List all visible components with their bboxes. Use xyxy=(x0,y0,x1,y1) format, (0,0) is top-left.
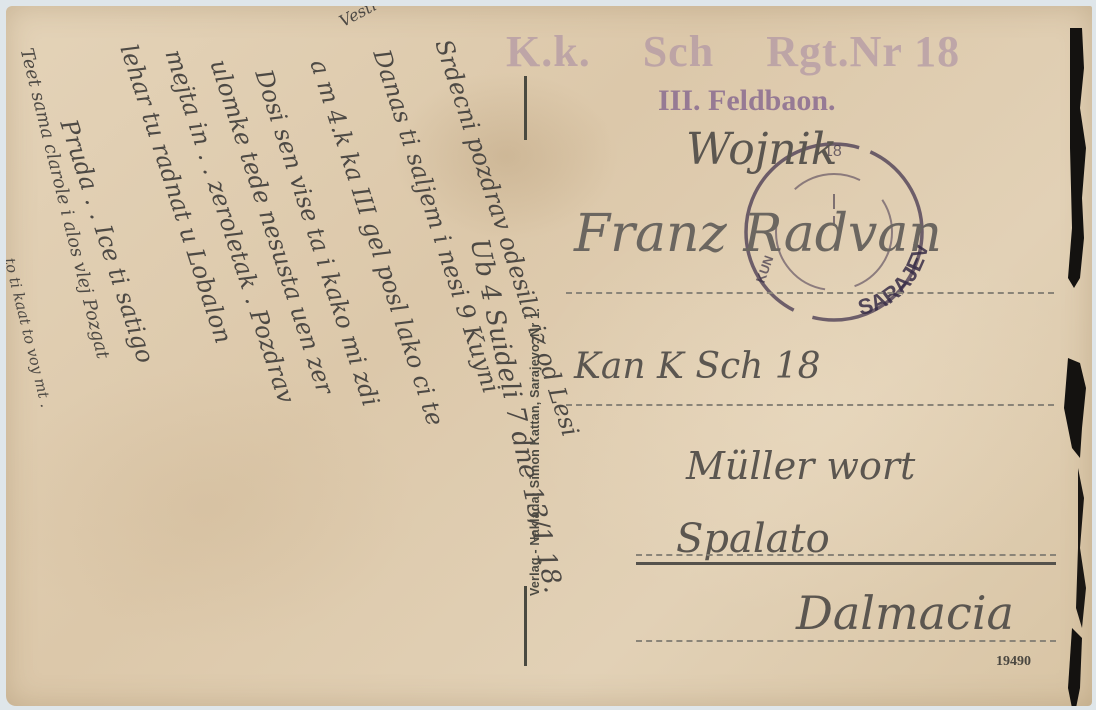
address-dotted-line xyxy=(566,404,1054,406)
unit-stamp-kk: K.k. xyxy=(506,27,591,76)
message-line: to ti kaat to voy mt . xyxy=(6,256,55,409)
burnt-edge-mark xyxy=(1060,28,1090,706)
address-line-3: Kan K Sch 18 xyxy=(574,346,821,387)
message-corner-note: Vesti 7 ulna xyxy=(336,6,429,31)
address-line-2: Franz Radvan xyxy=(574,204,942,264)
publisher-imprint: Verlag - Naklada: Simon Kattan, Sarajevo… xyxy=(528,308,542,596)
serial-number: 19490 xyxy=(996,654,1031,670)
unit-stamp-sch: Sch xyxy=(643,27,714,76)
address-line-1: Wojnik xyxy=(686,124,837,175)
address-dotted-line xyxy=(636,640,1056,642)
center-divider-bottom xyxy=(524,586,527,666)
handwritten-message: Ub 4 Suideli 7 dne 13/1 18. Srdecni pozd… xyxy=(6,6,526,706)
address-line-6: Dalmacia xyxy=(796,586,1014,640)
postcard-reverse: Ub 4 Suideli 7 dne 13/1 18. Srdecni pozd… xyxy=(6,6,1092,706)
unit-stamp-line1: K.k. Sch Rgt.Nr 18 xyxy=(506,26,1000,77)
message-line: Danas ti saljem i nesi 9 Kuyni xyxy=(367,46,505,397)
center-divider-top xyxy=(524,76,527,140)
address-line-4: Müller wort xyxy=(686,444,915,488)
unit-stamp-line2: III. Feldbaon. xyxy=(658,84,836,118)
address-underline xyxy=(636,562,1056,565)
address-dotted-line xyxy=(566,292,1054,294)
address-dotted-line xyxy=(636,554,1056,556)
unit-stamp-rgt: Rgt.Nr 18 xyxy=(766,27,960,76)
